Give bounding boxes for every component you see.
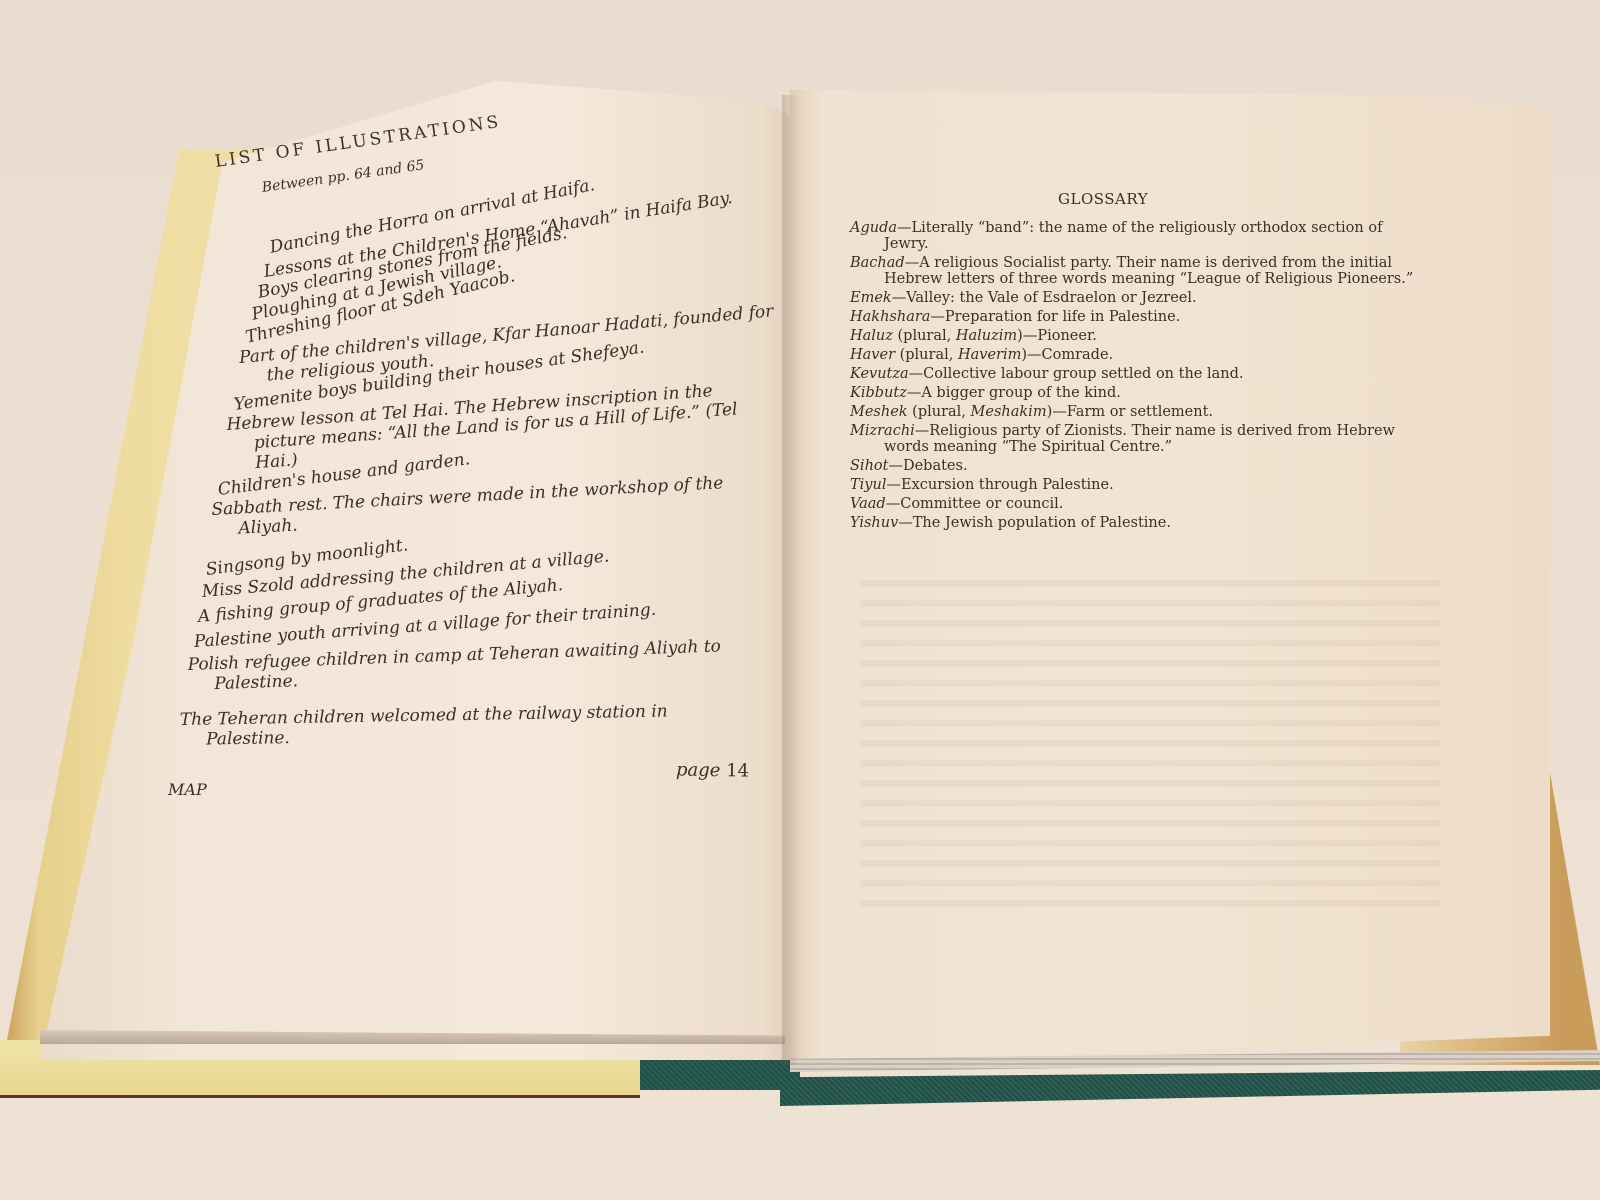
- page-reference: page 14: [676, 759, 749, 781]
- page-label: page: [676, 759, 721, 781]
- left-page: [40, 40, 800, 1060]
- glossary-entry: Vaad—Committee or council.: [850, 496, 1430, 512]
- gutter-shadow: [782, 95, 798, 1065]
- glossary-entry: Emek—Valley: the Vale of Esdraelon or Je…: [850, 290, 1430, 306]
- glossary-entry: Kevutza—Collective labour group settled …: [850, 366, 1430, 382]
- glossary-entry: Kibbutz—A bigger group of the kind.: [850, 385, 1430, 401]
- list-item: The Teheran children welcomed at the rai…: [180, 701, 668, 750]
- glossary-entry: Hakhshara—Preparation for life in Palest…: [850, 309, 1430, 325]
- glossary-entry: Tiyul—Excursion through Palestine.: [850, 477, 1430, 493]
- glossary-entry: Meshek (plural, Meshakim)—Farm or settle…: [850, 404, 1430, 420]
- glossary-entry: Haver (plural, Haverim)—Comrade.: [850, 347, 1430, 363]
- glossary-entry: Yishuv—The Jewish population of Palestin…: [850, 515, 1430, 531]
- map-label: MAP: [168, 780, 207, 799]
- cloth-spine-right: [780, 1070, 1600, 1106]
- book-photo: LIST OF ILLUSTRATIONS Between pp. 64 and…: [0, 0, 1600, 1200]
- glossary-heading: GLOSSARY: [1058, 190, 1148, 208]
- page-number: 14: [726, 760, 749, 781]
- cloth-spine-left: [640, 1060, 800, 1090]
- glossary-entry: Mizrachi—Religious party of Zionists. Th…: [850, 423, 1430, 455]
- glossary-entry: Haluz (plural, Haluzim)—Pioneer.: [850, 328, 1430, 344]
- glossary-list: Aguda—Literally “band”: the name of the …: [850, 220, 1430, 534]
- glossary-entry: Aguda—Literally “band”: the name of the …: [850, 220, 1430, 252]
- glossary-entry: Sihot—Debates.: [850, 458, 1430, 474]
- glossary-entry: Bachad—A religious Socialist party. Thei…: [850, 255, 1430, 287]
